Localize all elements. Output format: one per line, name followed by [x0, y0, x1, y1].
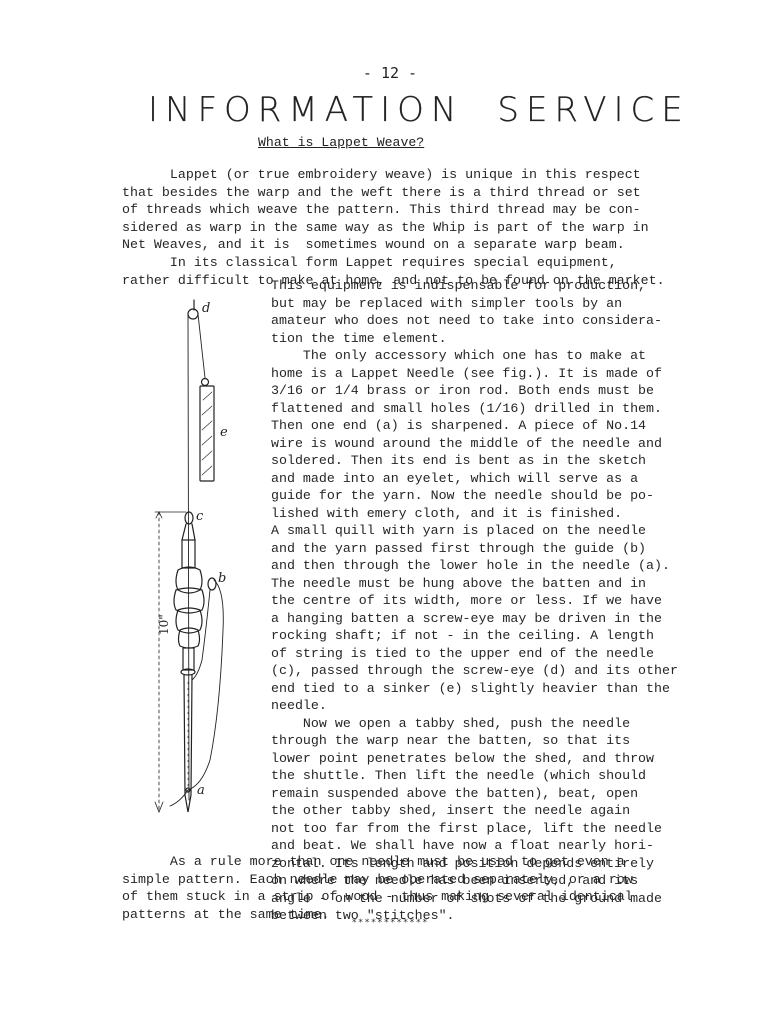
column-line: flattened and small holes (1/16) drilled… [271, 400, 662, 417]
column-line: the centre of its width, more or less. I… [271, 592, 662, 609]
page-number: - 12 - [0, 64, 780, 82]
label-e: e [220, 425, 228, 440]
column-line: and made into an eyelet, which will serv… [271, 470, 638, 487]
column-line: home is a Lappet Needle (see fig.). It i… [271, 365, 662, 382]
screw-eye-icon [188, 300, 198, 319]
label-b: b [218, 571, 226, 586]
column-line: remain suspended above the batten), beat… [271, 785, 638, 802]
body-line: simple pattern. Each needle may be opera… [122, 871, 633, 888]
column-line: through the warp near the batten, so tha… [271, 732, 630, 749]
column-line: soldered. Then its end is bent as in the… [271, 452, 646, 469]
body-line: of threads which weave the pattern. This… [122, 201, 641, 218]
body-line: In its classical form Lappet requires sp… [122, 254, 617, 271]
body-line: Net Weaves, and it is sometimes wound on… [122, 236, 625, 253]
column-line: Then one end (a) is sharpened. A piece o… [271, 417, 646, 434]
body-line: of them stuck in a strip of wood - thus … [122, 888, 633, 905]
body-line: Lappet (or true embroidery weave) is uni… [122, 166, 641, 183]
lappet-needle-figure: d e c b a 10" [140, 290, 270, 830]
banner-word-2: SERVICE [497, 90, 689, 130]
banner-title: INFORMATIONSERVICE [148, 90, 690, 130]
column-line: and the yarn passed first through the gu… [271, 540, 646, 557]
label-c: c [196, 509, 204, 524]
column-line: rocking shaft; if not - in the ceiling. … [271, 627, 654, 644]
column-line: a hanging batten a screw-eye may be driv… [271, 610, 662, 627]
body-line: As a rule more than one needle must be u… [122, 853, 625, 870]
column-line: 3/16 or 1/4 brass or iron rod. Both ends… [271, 382, 654, 399]
column-line: needle. [271, 697, 327, 714]
banner-word-1: INFORMATION [148, 90, 463, 130]
column-line: The only accessory which one has to make… [271, 347, 646, 364]
body-line: sidered as warp in the same way as the W… [122, 219, 649, 236]
column-line: tion the time element. [271, 330, 447, 347]
column-line: the other tabby shed, insert the needle … [271, 802, 630, 819]
column-line: wire is wound around the middle of the n… [271, 435, 662, 452]
column-line: but may be replaced with simpler tools b… [271, 295, 622, 312]
typed-page: - 12 - INFORMATIONSERVICE What is Lappet… [0, 0, 780, 1012]
column-line: Now we open a tabby shed, push the needl… [271, 715, 630, 732]
column-line: amateur who does not need to take into c… [271, 312, 662, 329]
label-d: d [202, 301, 210, 316]
column-line: of string is tied to the upper end of th… [271, 645, 654, 662]
column-line: and then through the lower hole in the n… [271, 557, 670, 574]
column-line: This equipment is indispensable for prod… [271, 277, 646, 294]
label-a: a [197, 783, 205, 798]
body-line: that besides the warp and the weft there… [122, 184, 641, 201]
column-line: lished with emery cloth, and it is finis… [271, 505, 622, 522]
column-line: lower point penetrates below the shed, a… [271, 750, 654, 767]
column-line: end tied to a sinker (e) slightly heavie… [271, 680, 670, 697]
column-line: A small quill with yarn is placed on the… [271, 522, 646, 539]
article-title: What is Lappet Weave? [258, 135, 424, 150]
column-line: guide for the yarn. Now the needle shoul… [271, 487, 654, 504]
end-mark: ************ [0, 918, 780, 928]
column-line: not too far from the first place, lift t… [271, 820, 662, 837]
column-line: the shuttle. Then lift the needle (which… [271, 767, 646, 784]
label-length: 10" [157, 614, 171, 635]
column-line: The needle must be hung above the batten… [271, 575, 646, 592]
sinker-icon [200, 379, 214, 482]
column-line: (c), passed through the screw-eye (d) an… [271, 662, 678, 679]
column-line: and beat. We shall have now a float near… [271, 837, 654, 854]
